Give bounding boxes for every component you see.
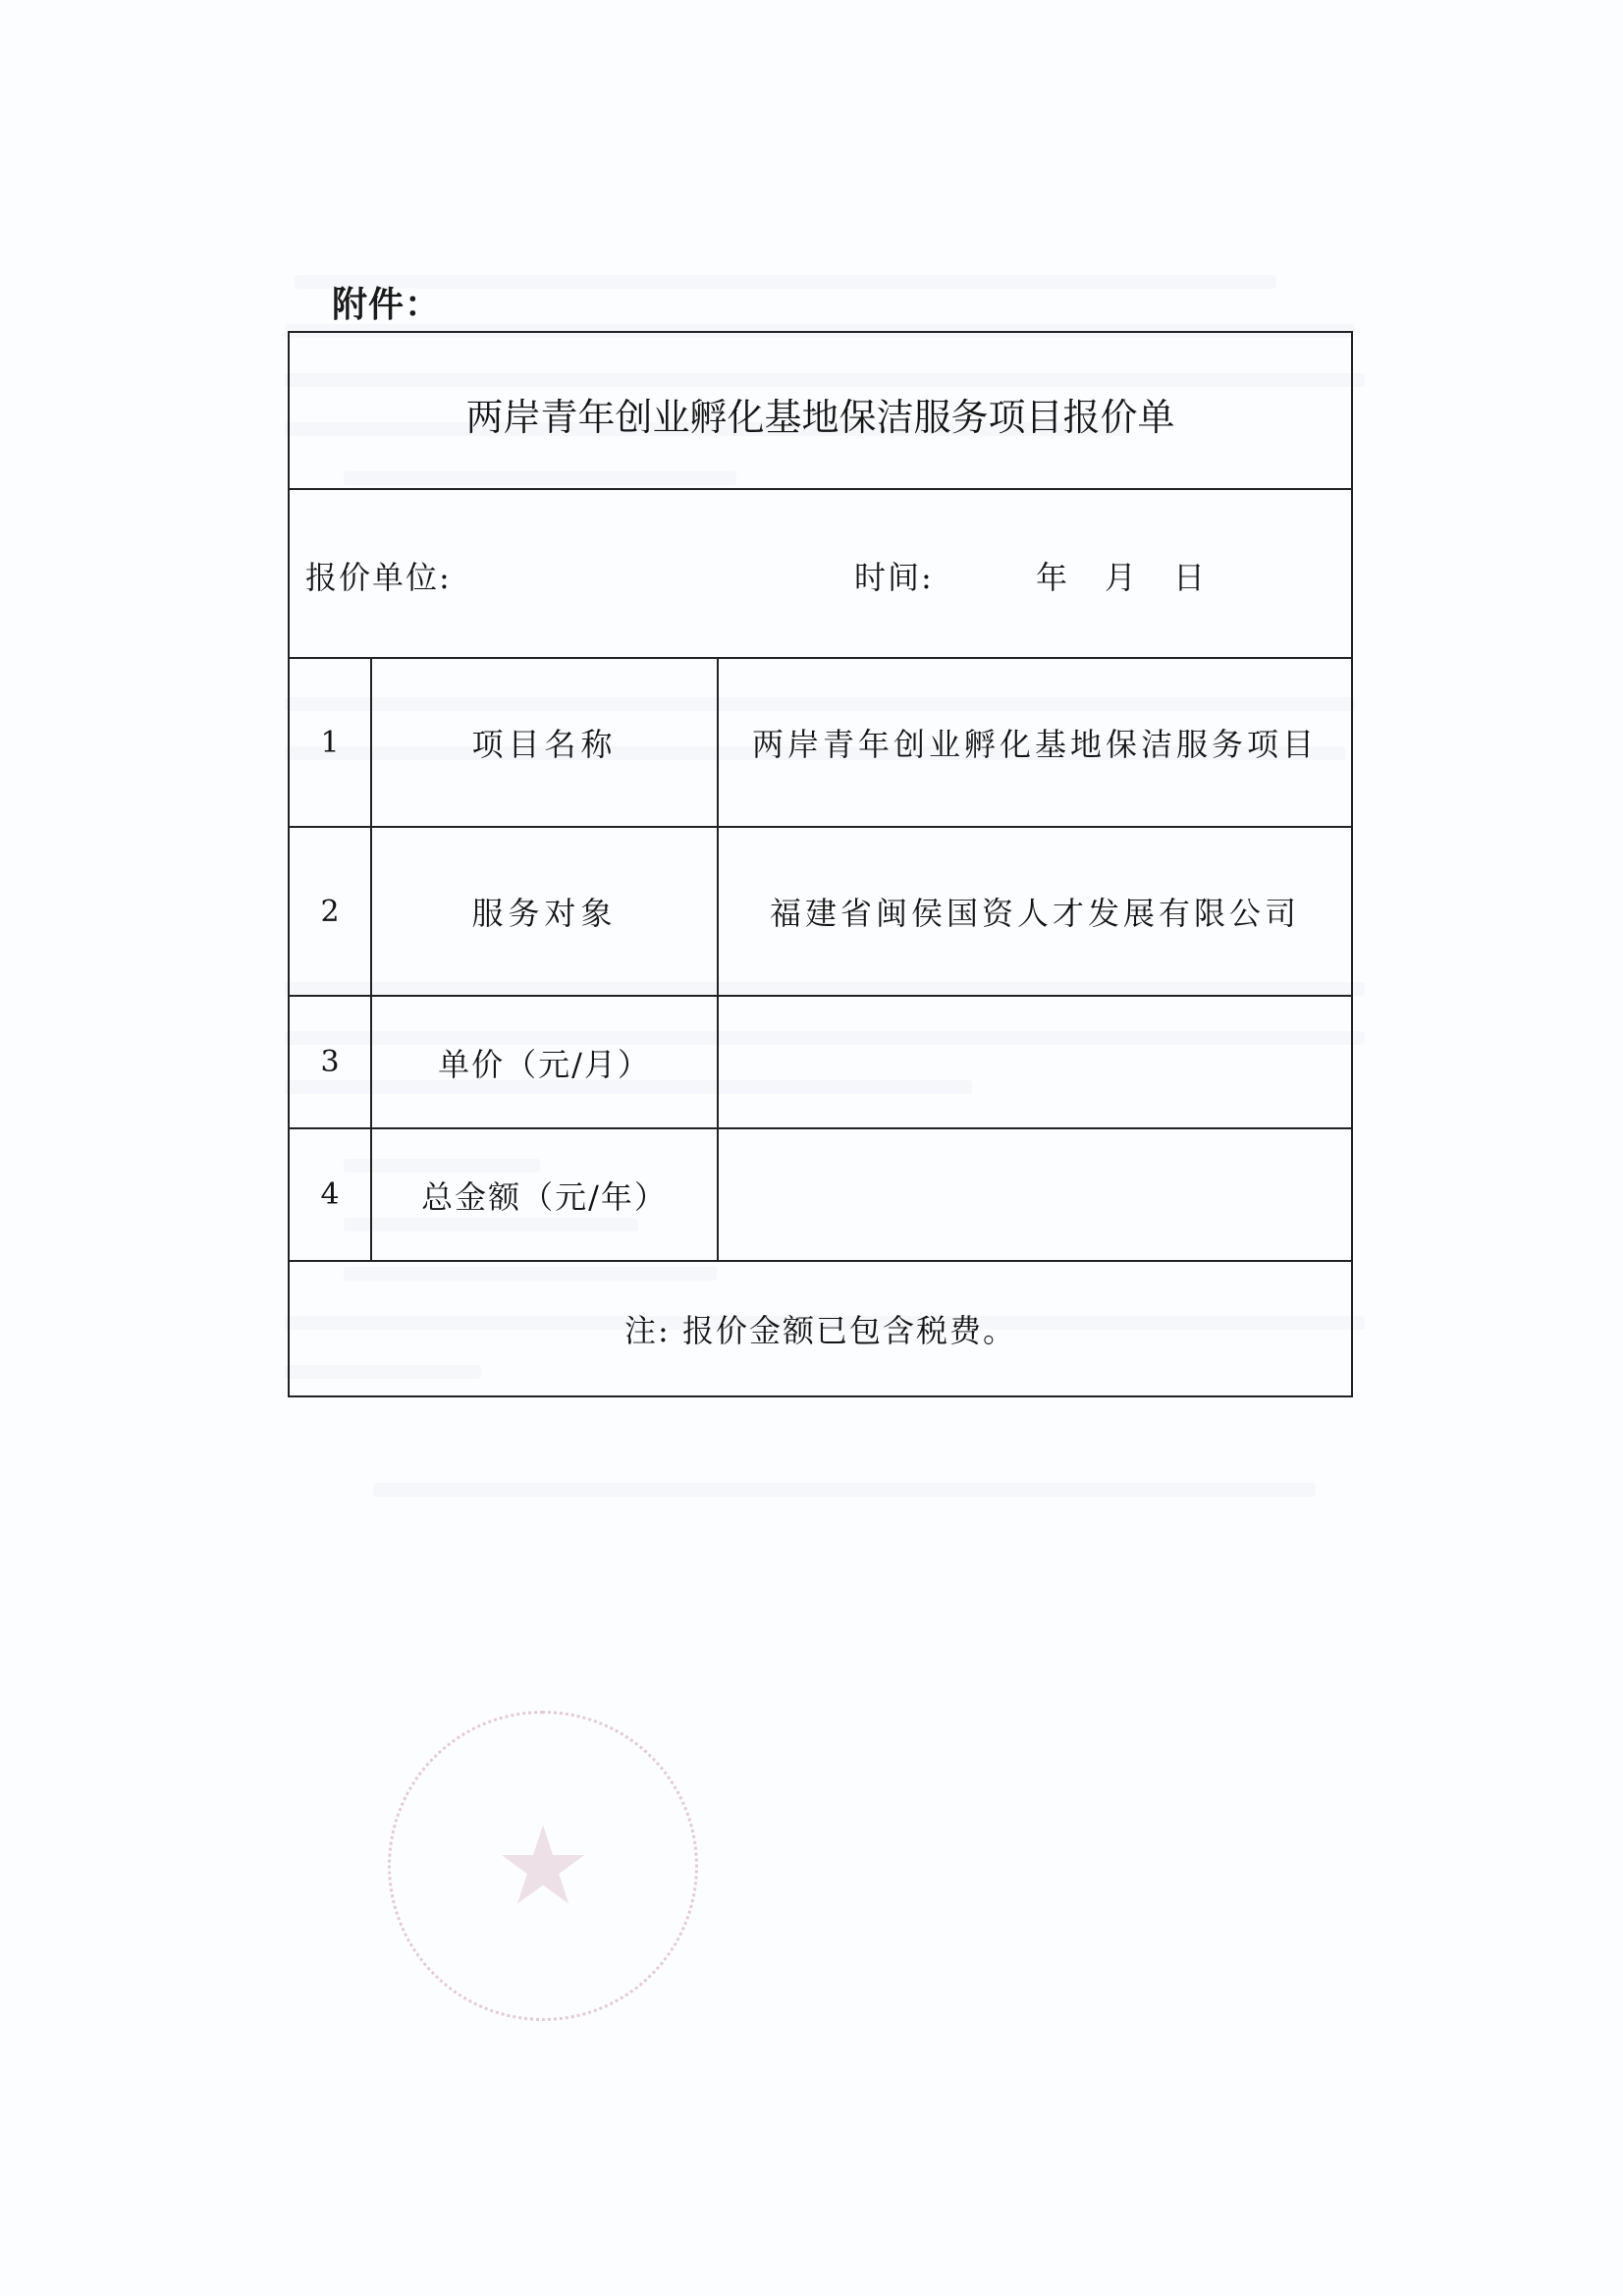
table-row: 2 服务对象 福建省闽侯国资人才发展有限公司 xyxy=(289,827,1352,996)
tax-note: 注: 报价金额已包含税费。 xyxy=(289,1261,1352,1396)
year-label: 年 xyxy=(1036,553,1105,598)
month-label: 月 xyxy=(1105,553,1173,598)
quote-table: 两岸青年创业孵化基地保洁服务项目报价单 报价单位: 时间: 年 月 日 1 项目… xyxy=(288,331,1353,1397)
row-label: 服务对象 xyxy=(371,827,718,996)
day-label: 日 xyxy=(1173,553,1205,598)
row-number: 3 xyxy=(289,996,371,1128)
total-amount-field[interactable] xyxy=(718,1128,1352,1261)
row-value: 福建省闽侯国资人才发展有限公司 xyxy=(718,827,1352,996)
official-seal-bleed-through: ★ xyxy=(388,1711,698,2021)
row-label: 单价（元/月） xyxy=(371,996,718,1128)
date-fields: 年 月 日 xyxy=(1036,553,1205,598)
quote-unit-label: 报价单位: xyxy=(305,553,452,598)
header-row: 报价单位: 时间: 年 月 日 xyxy=(289,489,1352,658)
document-title: 两岸青年创业孵化基地保洁服务项目报价单 xyxy=(289,332,1352,489)
time-label: 时间: xyxy=(854,553,934,598)
unit-time-cell: 报价单位: 时间: 年 月 日 xyxy=(289,489,1352,658)
row-number: 4 xyxy=(289,1128,371,1261)
row-label: 项目名称 xyxy=(371,658,718,827)
table-row: 1 项目名称 两岸青年创业孵化基地保洁服务项目 xyxy=(289,658,1352,827)
note-row: 注: 报价金额已包含税费。 xyxy=(289,1261,1352,1396)
attachment-label: 附件： xyxy=(332,277,441,327)
row-value: 两岸青年创业孵化基地保洁服务项目 xyxy=(718,658,1352,827)
star-icon: ★ xyxy=(495,1812,592,1920)
table-row: 3 单价（元/月） xyxy=(289,996,1352,1128)
unit-price-field[interactable] xyxy=(718,996,1352,1128)
row-label: 总金额（元/年） xyxy=(371,1128,718,1261)
title-row: 两岸青年创业孵化基地保洁服务项目报价单 xyxy=(289,332,1352,489)
row-number: 2 xyxy=(289,827,371,996)
table-row: 4 总金额（元/年） xyxy=(289,1128,1352,1261)
row-number: 1 xyxy=(289,658,371,827)
